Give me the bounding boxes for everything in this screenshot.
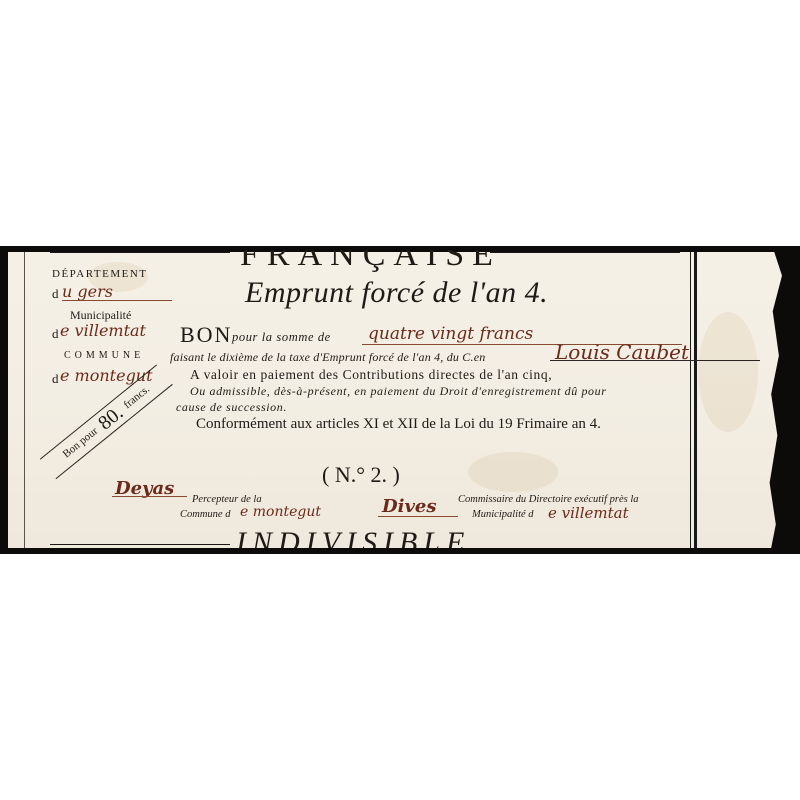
ink-underline <box>378 516 458 517</box>
ink-underline <box>62 300 172 301</box>
paper-stain <box>468 452 558 492</box>
body-line-1: pour la somme de <box>232 330 331 345</box>
body-line-3: A valoir en paiement des Contributions d… <box>190 367 552 383</box>
top-rule-right <box>490 252 680 253</box>
commissaire-municipalite-value: e villemtat <box>548 504 629 522</box>
body-line-5: cause de succession. <box>176 400 287 415</box>
percepteur-commune-value: e montegut <box>240 504 321 520</box>
municipalite-prefix: d <box>52 326 59 342</box>
ink-underline <box>112 496 187 497</box>
commissaire-signature: Dives <box>382 496 437 517</box>
left-edge-rule <box>24 252 25 548</box>
document-title: Emprunt forcé de l'an 4. <box>245 276 548 310</box>
commissaire-line-2: Municipalité d <box>472 509 534 520</box>
departement-value: u gers <box>62 282 113 301</box>
top-cut-heading: FRANÇAISE <box>240 236 501 274</box>
bond-number: ( N.° 2. ) <box>322 462 400 488</box>
commune-label: COMMUNE <box>64 350 144 361</box>
amount-handwritten: quatre vingt francs <box>368 324 533 344</box>
top-rule-left <box>50 252 230 253</box>
body-line-2: faisant le dixième de la taxe d'Emprunt … <box>170 350 485 365</box>
percepteur-line-2: Commune d <box>180 509 230 520</box>
ink-underline <box>550 360 760 361</box>
body-line-6: Conformément aux articles XI et XII de l… <box>196 416 601 433</box>
paper-stain <box>698 312 758 432</box>
bon-prefix: BON <box>180 322 232 348</box>
departement-label: DÉPARTEMENT <box>52 268 148 280</box>
commune-prefix: d <box>52 371 59 387</box>
right-border-thin <box>690 252 691 548</box>
right-border-thick <box>694 252 697 548</box>
bottom-rule-left <box>50 544 230 545</box>
municipalite-value: e villemtat <box>60 321 146 340</box>
departement-prefix: d <box>52 286 59 302</box>
body-line-4: Ou admissible, dès-à-présent, en paiemen… <box>190 384 607 399</box>
bottom-cut-heading: INDIVISIBLE <box>236 526 470 560</box>
